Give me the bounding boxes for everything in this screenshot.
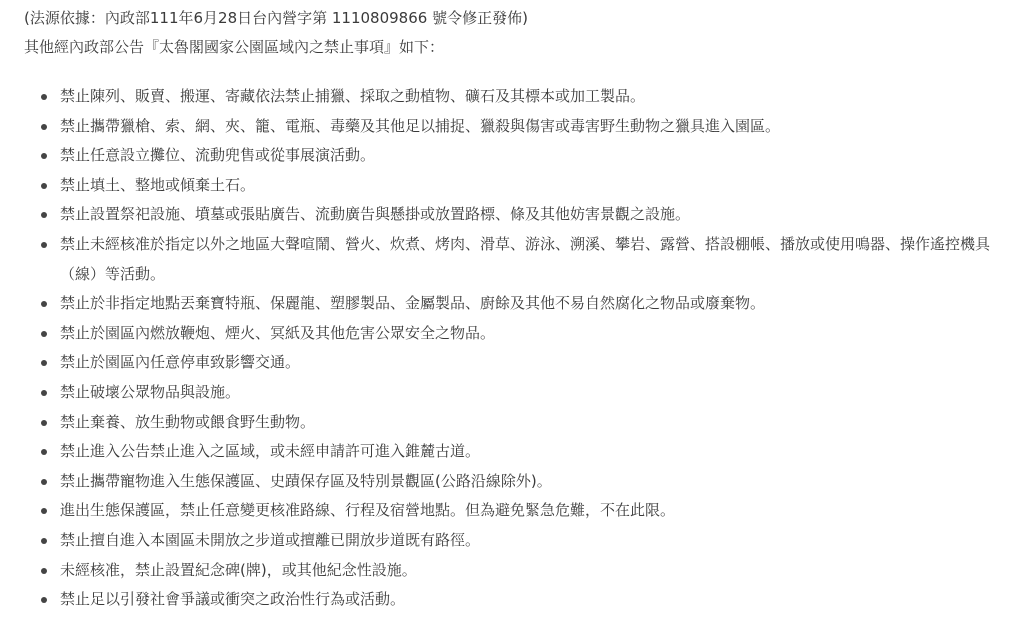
rule-text: 禁止填土、整地或傾棄土石。 [60, 171, 1014, 201]
prohibited-rules-list: 禁止陳列、販賣、搬運、寄藏依法禁止捕獵、採取之動植物、礦石及其標本或加工製品。 … [24, 82, 1014, 615]
bullet-icon [41, 301, 47, 307]
list-item: 進出生態保護區，禁止任意變更核准路線、行程及宿營地點。但為避免緊急危難，不在此限… [24, 496, 1014, 526]
legal-basis-text: (法源依據：內政部111年6月28日台內營字第 1110809866 號令修正發… [24, 4, 1014, 33]
document-content: (法源依據：內政部111年6月28日台內營字第 1110809866 號令修正發… [24, 4, 1014, 615]
list-item: 禁止足以引發社會爭議或衝突之政治性行為或活動。 [24, 585, 1014, 615]
bullet-icon [41, 153, 47, 159]
rule-text: 禁止足以引發社會爭議或衝突之政治性行為或活動。 [60, 585, 1014, 615]
bullet-icon [41, 420, 47, 426]
list-item: 禁止棄養、放生動物或餵食野生動物。 [24, 408, 1014, 438]
rule-text: 禁止棄養、放生動物或餵食野生動物。 [60, 408, 1014, 438]
rule-text: 禁止於非指定地點丟棄寶特瓶、保麗龍、塑膠製品、金屬製品、廚餘及其他不易自然腐化之… [60, 289, 1014, 319]
bullet-icon [41, 331, 47, 337]
list-item: 禁止擅自進入本園區未開放之步道或擅離已開放步道既有路徑。 [24, 526, 1014, 556]
rule-text: 禁止攜帶寵物進入生態保護區、史蹟保存區及特別景觀區(公路沿線除外)。 [60, 467, 1014, 497]
list-item: 禁止攜帶寵物進入生態保護區、史蹟保存區及特別景觀區(公路沿線除外)。 [24, 467, 1014, 497]
bullet-icon [41, 538, 47, 544]
intro-text: 其他經內政部公告『太魯閣國家公園區域內之禁止事項』如下： [24, 33, 1014, 62]
rule-text: 禁止設置祭祀設施、墳墓或張貼廣告、流動廣告與懸掛或放置路標、條及其他妨害景觀之設… [60, 200, 1014, 230]
bullet-icon [41, 508, 47, 514]
list-item: 禁止任意設立攤位、流動兜售或從事展演活動。 [24, 141, 1014, 171]
bullet-icon [41, 568, 47, 574]
rule-text: 禁止擅自進入本園區未開放之步道或擅離已開放步道既有路徑。 [60, 526, 1014, 556]
list-item: 禁止設置祭祀設施、墳墓或張貼廣告、流動廣告與懸掛或放置路標、條及其他妨害景觀之設… [24, 200, 1014, 230]
list-item: 禁止於園區內任意停車致影響交通。 [24, 348, 1014, 378]
bullet-icon [41, 94, 47, 100]
rule-text: 禁止陳列、販賣、搬運、寄藏依法禁止捕獵、採取之動植物、礦石及其標本或加工製品。 [60, 82, 1014, 112]
list-item: 禁止攜帶獵槍、索、網、夾、籠、電瓶、毒藥及其他足以捕捉、獵殺與傷害或毒害野生動物… [24, 112, 1014, 142]
bullet-icon [41, 479, 47, 485]
rule-text: 未經核准，禁止設置紀念碑(牌)，或其他紀念性設施。 [60, 556, 1014, 586]
bullet-icon [41, 360, 47, 366]
rule-text: 禁止於園區內任意停車致影響交通。 [60, 348, 1014, 378]
rule-text: 禁止攜帶獵槍、索、網、夾、籠、電瓶、毒藥及其他足以捕捉、獵殺與傷害或毒害野生動物… [60, 112, 1014, 142]
list-item: 禁止填土、整地或傾棄土石。 [24, 171, 1014, 201]
rule-text: 禁止破壞公眾物品與設施。 [60, 378, 1014, 408]
list-item: 禁止進入公告禁止進入之區域，或未經申請許可進入錐麓古道。 [24, 437, 1014, 467]
bullet-icon [41, 390, 47, 396]
bullet-icon [41, 212, 47, 218]
list-item: 禁止於園區內燃放鞭炮、煙火、冥紙及其他危害公眾安全之物品。 [24, 319, 1014, 349]
rule-text: 禁止任意設立攤位、流動兜售或從事展演活動。 [60, 141, 1014, 171]
intro-section: (法源依據：內政部111年6月28日台內營字第 1110809866 號令修正發… [24, 4, 1014, 62]
bullet-icon [41, 597, 47, 603]
rule-text: 進出生態保護區，禁止任意變更核准路線、行程及宿營地點。但為避免緊急危難，不在此限… [60, 496, 1014, 526]
list-item: 禁止於非指定地點丟棄寶特瓶、保麗龍、塑膠製品、金屬製品、廚餘及其他不易自然腐化之… [24, 289, 1014, 319]
bullet-icon [41, 183, 47, 189]
rule-text: 禁止進入公告禁止進入之區域，或未經申請許可進入錐麓古道。 [60, 437, 1014, 467]
bullet-icon [41, 124, 47, 130]
list-item: 未經核准，禁止設置紀念碑(牌)，或其他紀念性設施。 [24, 556, 1014, 586]
list-item: 禁止陳列、販賣、搬運、寄藏依法禁止捕獵、採取之動植物、礦石及其標本或加工製品。 [24, 82, 1014, 112]
list-item: 禁止未經核准於指定以外之地區大聲喧鬧、營火、炊煮、烤肉、滑草、游泳、溯溪、攀岩、… [24, 230, 1014, 289]
list-item: 禁止破壞公眾物品與設施。 [24, 378, 1014, 408]
bullet-icon [41, 449, 47, 455]
bullet-icon [41, 242, 47, 248]
rule-text: 禁止未經核准於指定以外之地區大聲喧鬧、營火、炊煮、烤肉、滑草、游泳、溯溪、攀岩、… [60, 230, 1014, 289]
rule-text: 禁止於園區內燃放鞭炮、煙火、冥紙及其他危害公眾安全之物品。 [60, 319, 1014, 349]
